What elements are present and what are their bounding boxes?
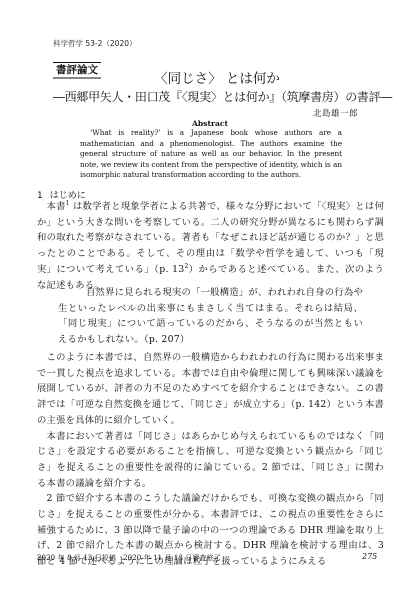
page-number: 275	[362, 552, 377, 561]
abstract-text: ‘What is reality?’ is a Japanese book wh…	[80, 128, 342, 181]
submission-dates: 2020 年 8 月 13 日投稿 2020 年 11 月 13 日審査終了	[37, 553, 221, 563]
quote-text: 自然界に見られる現実の「一般構造」が、われわれ自身の行為や生といったレベルの出来…	[58, 285, 363, 348]
journal-citation: 科学哲学 53-2（2020）	[53, 38, 137, 49]
article-subtitle: ―西郷甲矢人・田口茂『〈現実〉とは何か』（筑摩書房）の書評―	[53, 88, 392, 105]
abstract-heading: Abstract	[0, 119, 420, 128]
author-name: 北島雄一郎	[313, 107, 358, 119]
body-text-span: 本書	[47, 201, 66, 212]
block-quote: 自然界に見られる現実の「一般構造」が、われわれ自身の行為や生といったレベルの出来…	[58, 285, 363, 348]
body-paragraphs: このように本書では、自然界の一般構造からわれわれの行為に関わる出来事まで一貫した…	[37, 350, 384, 570]
body-paragraph-2: このように本書では、自然界の一般構造からわれわれの行為に関わる出来事まで一貫した…	[37, 350, 384, 429]
article-title: 〈同じさ〉 とは何か	[0, 67, 420, 87]
body-paragraph-1: 本書1 は数学者と現象学者による共著で、様々な分野において「〈現実〉とは何か」と…	[37, 199, 384, 293]
body-paragraph-3: 本書において著者は「同じさ」はあらかじめ与えられているものではなく「同じさ」を設…	[37, 429, 384, 492]
